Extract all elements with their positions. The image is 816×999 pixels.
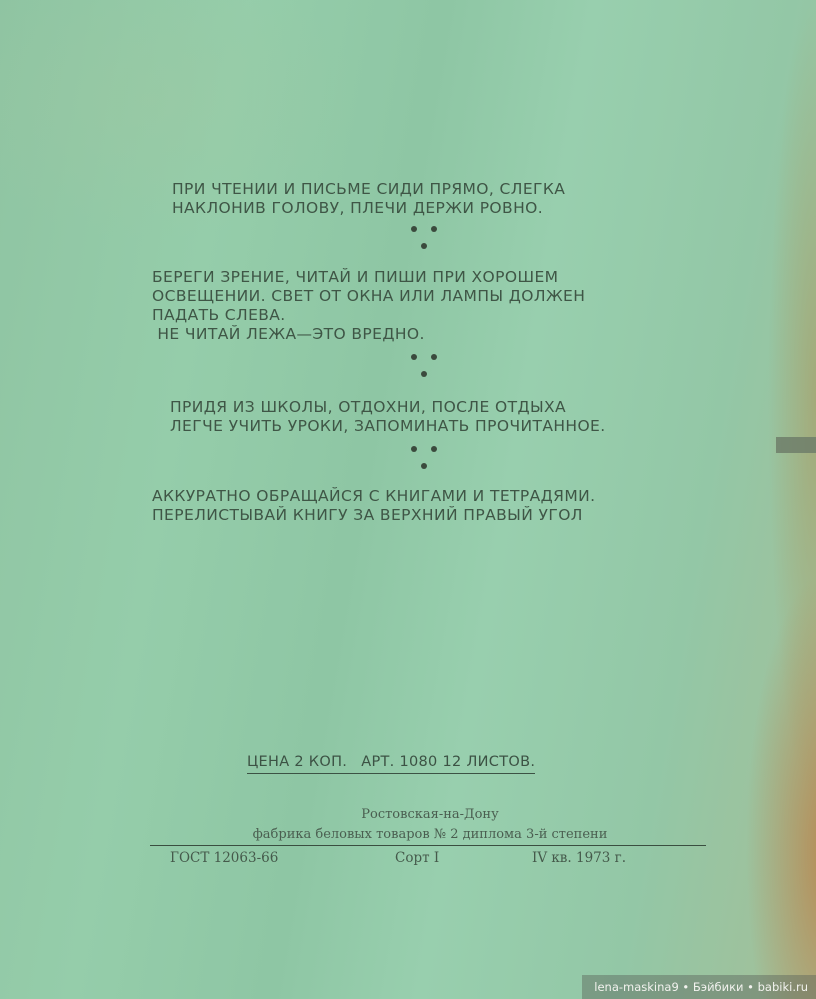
gost-standard: ГОСТ 12063-66: [170, 850, 278, 866]
production-date: IV кв. 1973 г.: [532, 850, 626, 866]
text-line: легче учить уроки, запоминать прочитанно…: [170, 417, 730, 436]
manufacturer-factory: фабрика беловых товаров № 2 диплома 3-й …: [150, 825, 710, 845]
article-number: АРТ. 1080: [361, 754, 437, 770]
rest-advice: Придя из школы, отдохни, после отдыха ле…: [170, 398, 730, 436]
manufacturer-city: Ростовская-на-Дону: [150, 805, 710, 825]
text-line: освещении. Свет от окна или лампы должен: [152, 287, 712, 306]
asterism-divider-icon: [411, 226, 441, 254]
text-line: наклонив голову, плечи держи ровно.: [172, 199, 732, 218]
page-edge-mark: [776, 437, 816, 453]
asterism-divider-icon: [411, 354, 441, 382]
text-line: Береги зрение, читай и пиши при хорошем: [152, 268, 712, 287]
posture-advice: При чтении и письме сиди прямо, слегка н…: [172, 180, 732, 218]
asterism-divider-icon: [411, 446, 441, 474]
text-line: Аккуратно обращайся с книгами и тетрадям…: [152, 487, 712, 506]
eyesight-advice: Береги зрение, читай и пиши при хорошем …: [152, 268, 712, 344]
manufacturer-info: Ростовская-на-Дону фабрика беловых товар…: [150, 805, 710, 845]
grade: Сорт I: [395, 850, 439, 866]
text-line: Не читай лежа—это вредно.: [152, 325, 712, 344]
text-line: падать слева.: [152, 306, 712, 325]
text-line: При чтении и письме сиди прямо, слегка: [172, 180, 732, 199]
text-line: Перелистывай книгу за верхний правый уго…: [152, 506, 712, 525]
watermark: lena-maskina9 • Бэйбики • babiki.ru: [582, 975, 816, 999]
book-care-advice: Аккуратно обращайся с книгами и тетрадям…: [152, 487, 712, 525]
text-line: Придя из школы, отдохни, после отдыха: [170, 398, 730, 417]
footer-divider: [150, 845, 706, 846]
sheet-count: 12 ЛИСТОВ.: [442, 754, 535, 770]
price: ЦЕНА 2 КОП.: [247, 754, 347, 770]
price-line: ЦЕНА 2 КОП.АРТ. 1080 12 ЛИСТОВ.: [247, 754, 535, 774]
